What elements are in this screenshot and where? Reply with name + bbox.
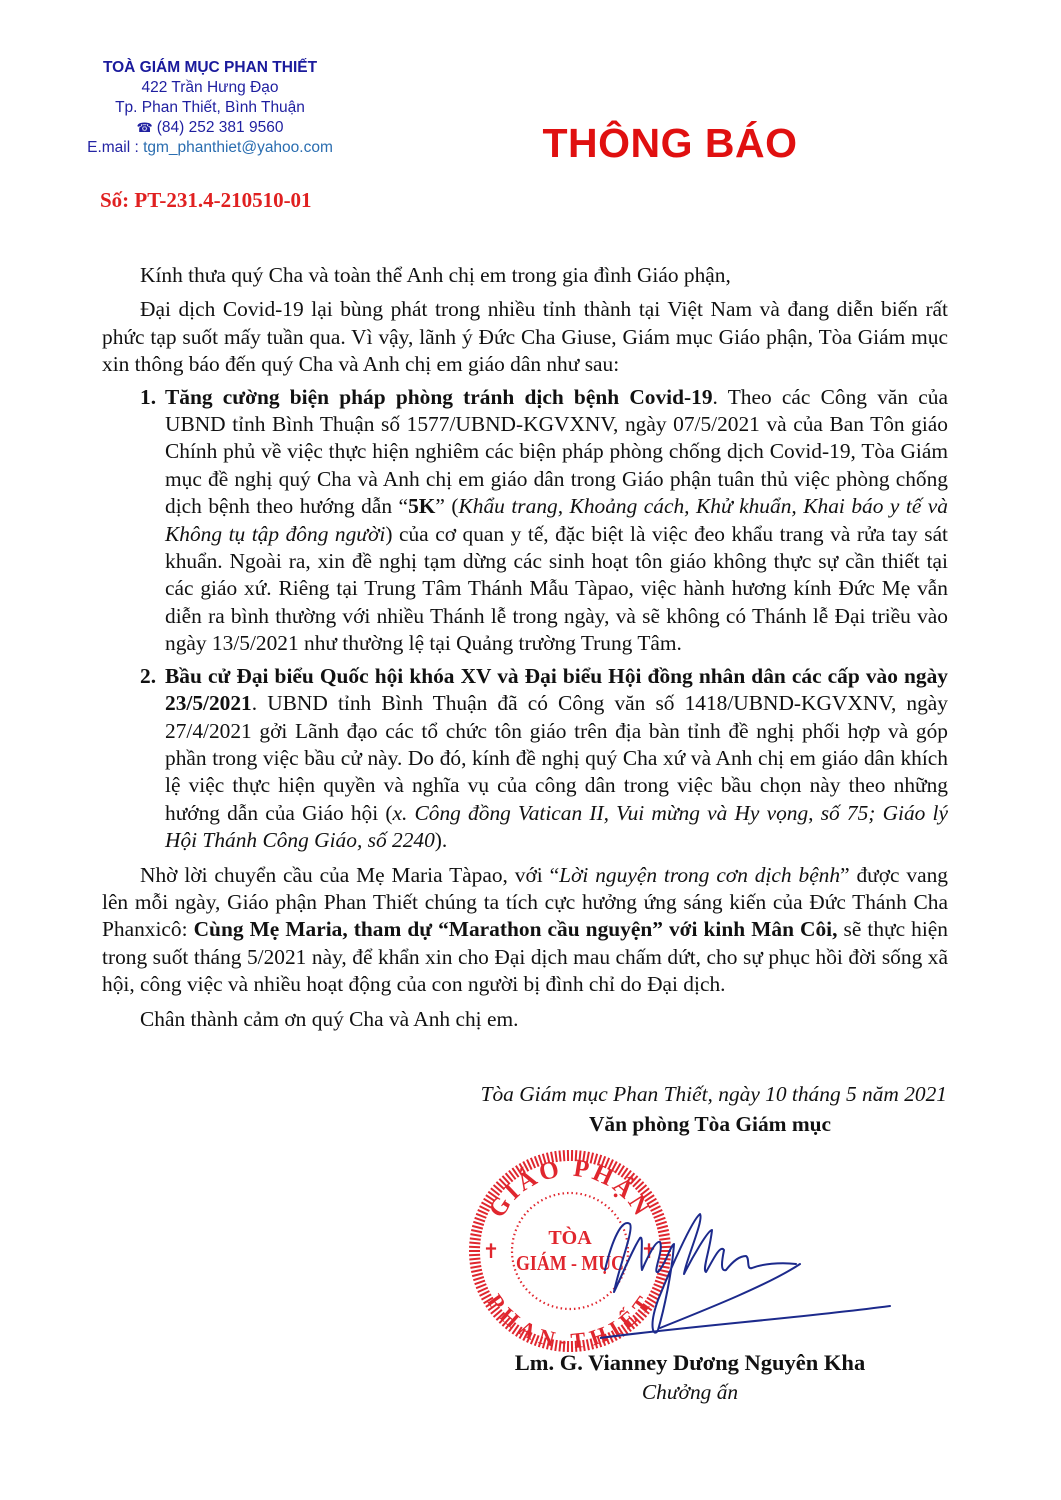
signer-name: Lm. G. Vianney Dương Nguyên Kha <box>480 1350 900 1376</box>
marathon-paragraph: Nhờ lời chuyển cầu của Mẹ Maria Tàpao, v… <box>102 862 948 999</box>
phone-icon: ☎ <box>137 120 153 135</box>
phone-line: ☎(84) 252 381 9560 <box>60 118 360 138</box>
thanks-paragraph: Chân thành cảm ơn quý Cha và Anh chị em. <box>102 1006 948 1033</box>
email-label: E.mail : <box>87 139 143 156</box>
seal-center-line-1: TÒA <box>548 1225 592 1249</box>
email-link[interactable]: tgm_phanthiet@yahoo.com <box>143 139 333 156</box>
list-item-text: ). <box>435 828 447 852</box>
list-item: 1. Tăng cường biện pháp phòng tránh dịch… <box>102 384 948 658</box>
document-number: Số: PT-231.4-210510-01 <box>100 188 312 213</box>
intro-paragraph: Đại dịch Covid-19 lại bùng phát trong nh… <box>102 296 948 378</box>
address-line-1: 422 Trần Hưng Đạo <box>60 78 360 98</box>
document-page: TOÀ GIÁM MỤC PHAN THIẾT 422 Trần Hưng Đạ… <box>0 0 1061 1500</box>
prayer-title: Lời nguyện trong cơn dịch bệnh <box>559 863 840 887</box>
campaign-title: Cùng Mẹ Maria, tham dự “Marathon cầu ngu… <box>194 917 838 941</box>
list-item-number: 1. <box>140 384 156 411</box>
place-and-date: Tòa Giám mục Phan Thiết, ngày 10 tháng 5… <box>481 1082 947 1107</box>
announcement-list: 1. Tăng cường biện pháp phòng tránh dịch… <box>102 384 948 855</box>
cross-icon: ✝ <box>483 1239 500 1263</box>
list-item: 2. Bầu cử Đại biểu Quốc hội khóa XV và Đ… <box>102 663 948 855</box>
list-item-text: ” ( <box>435 494 458 518</box>
organization-name: TOÀ GIÁM MỤC PHAN THIẾT <box>60 58 360 78</box>
signer-role: Chưởng ấn <box>480 1380 900 1405</box>
document-body: Kính thưa quý Cha và toàn thể Anh chị em… <box>102 262 948 1033</box>
signature <box>600 1200 920 1340</box>
phone-number: (84) 252 381 9560 <box>157 119 284 136</box>
highlight-5k: 5K <box>408 494 435 518</box>
list-item-heading: Tăng cường biện pháp phòng tránh dịch bệ… <box>165 385 713 409</box>
organization-header: TOÀ GIÁM MỤC PHAN THIẾT 422 Trần Hưng Đạ… <box>60 58 360 158</box>
paragraph-text: Nhờ lời chuyển cầu của Mẹ Maria Tàpao, v… <box>140 863 559 887</box>
list-item-number: 2. <box>140 663 156 690</box>
address-line-2: Tp. Phan Thiết, Bình Thuận <box>60 98 360 118</box>
salutation: Kính thưa quý Cha và toàn thể Anh chị em… <box>102 262 948 289</box>
email-line: E.mail : tgm_phanthiet@yahoo.com <box>60 138 360 158</box>
issuing-office: Văn phòng Tòa Giám mục <box>560 1112 860 1137</box>
document-title: THÔNG BÁO <box>540 120 800 167</box>
